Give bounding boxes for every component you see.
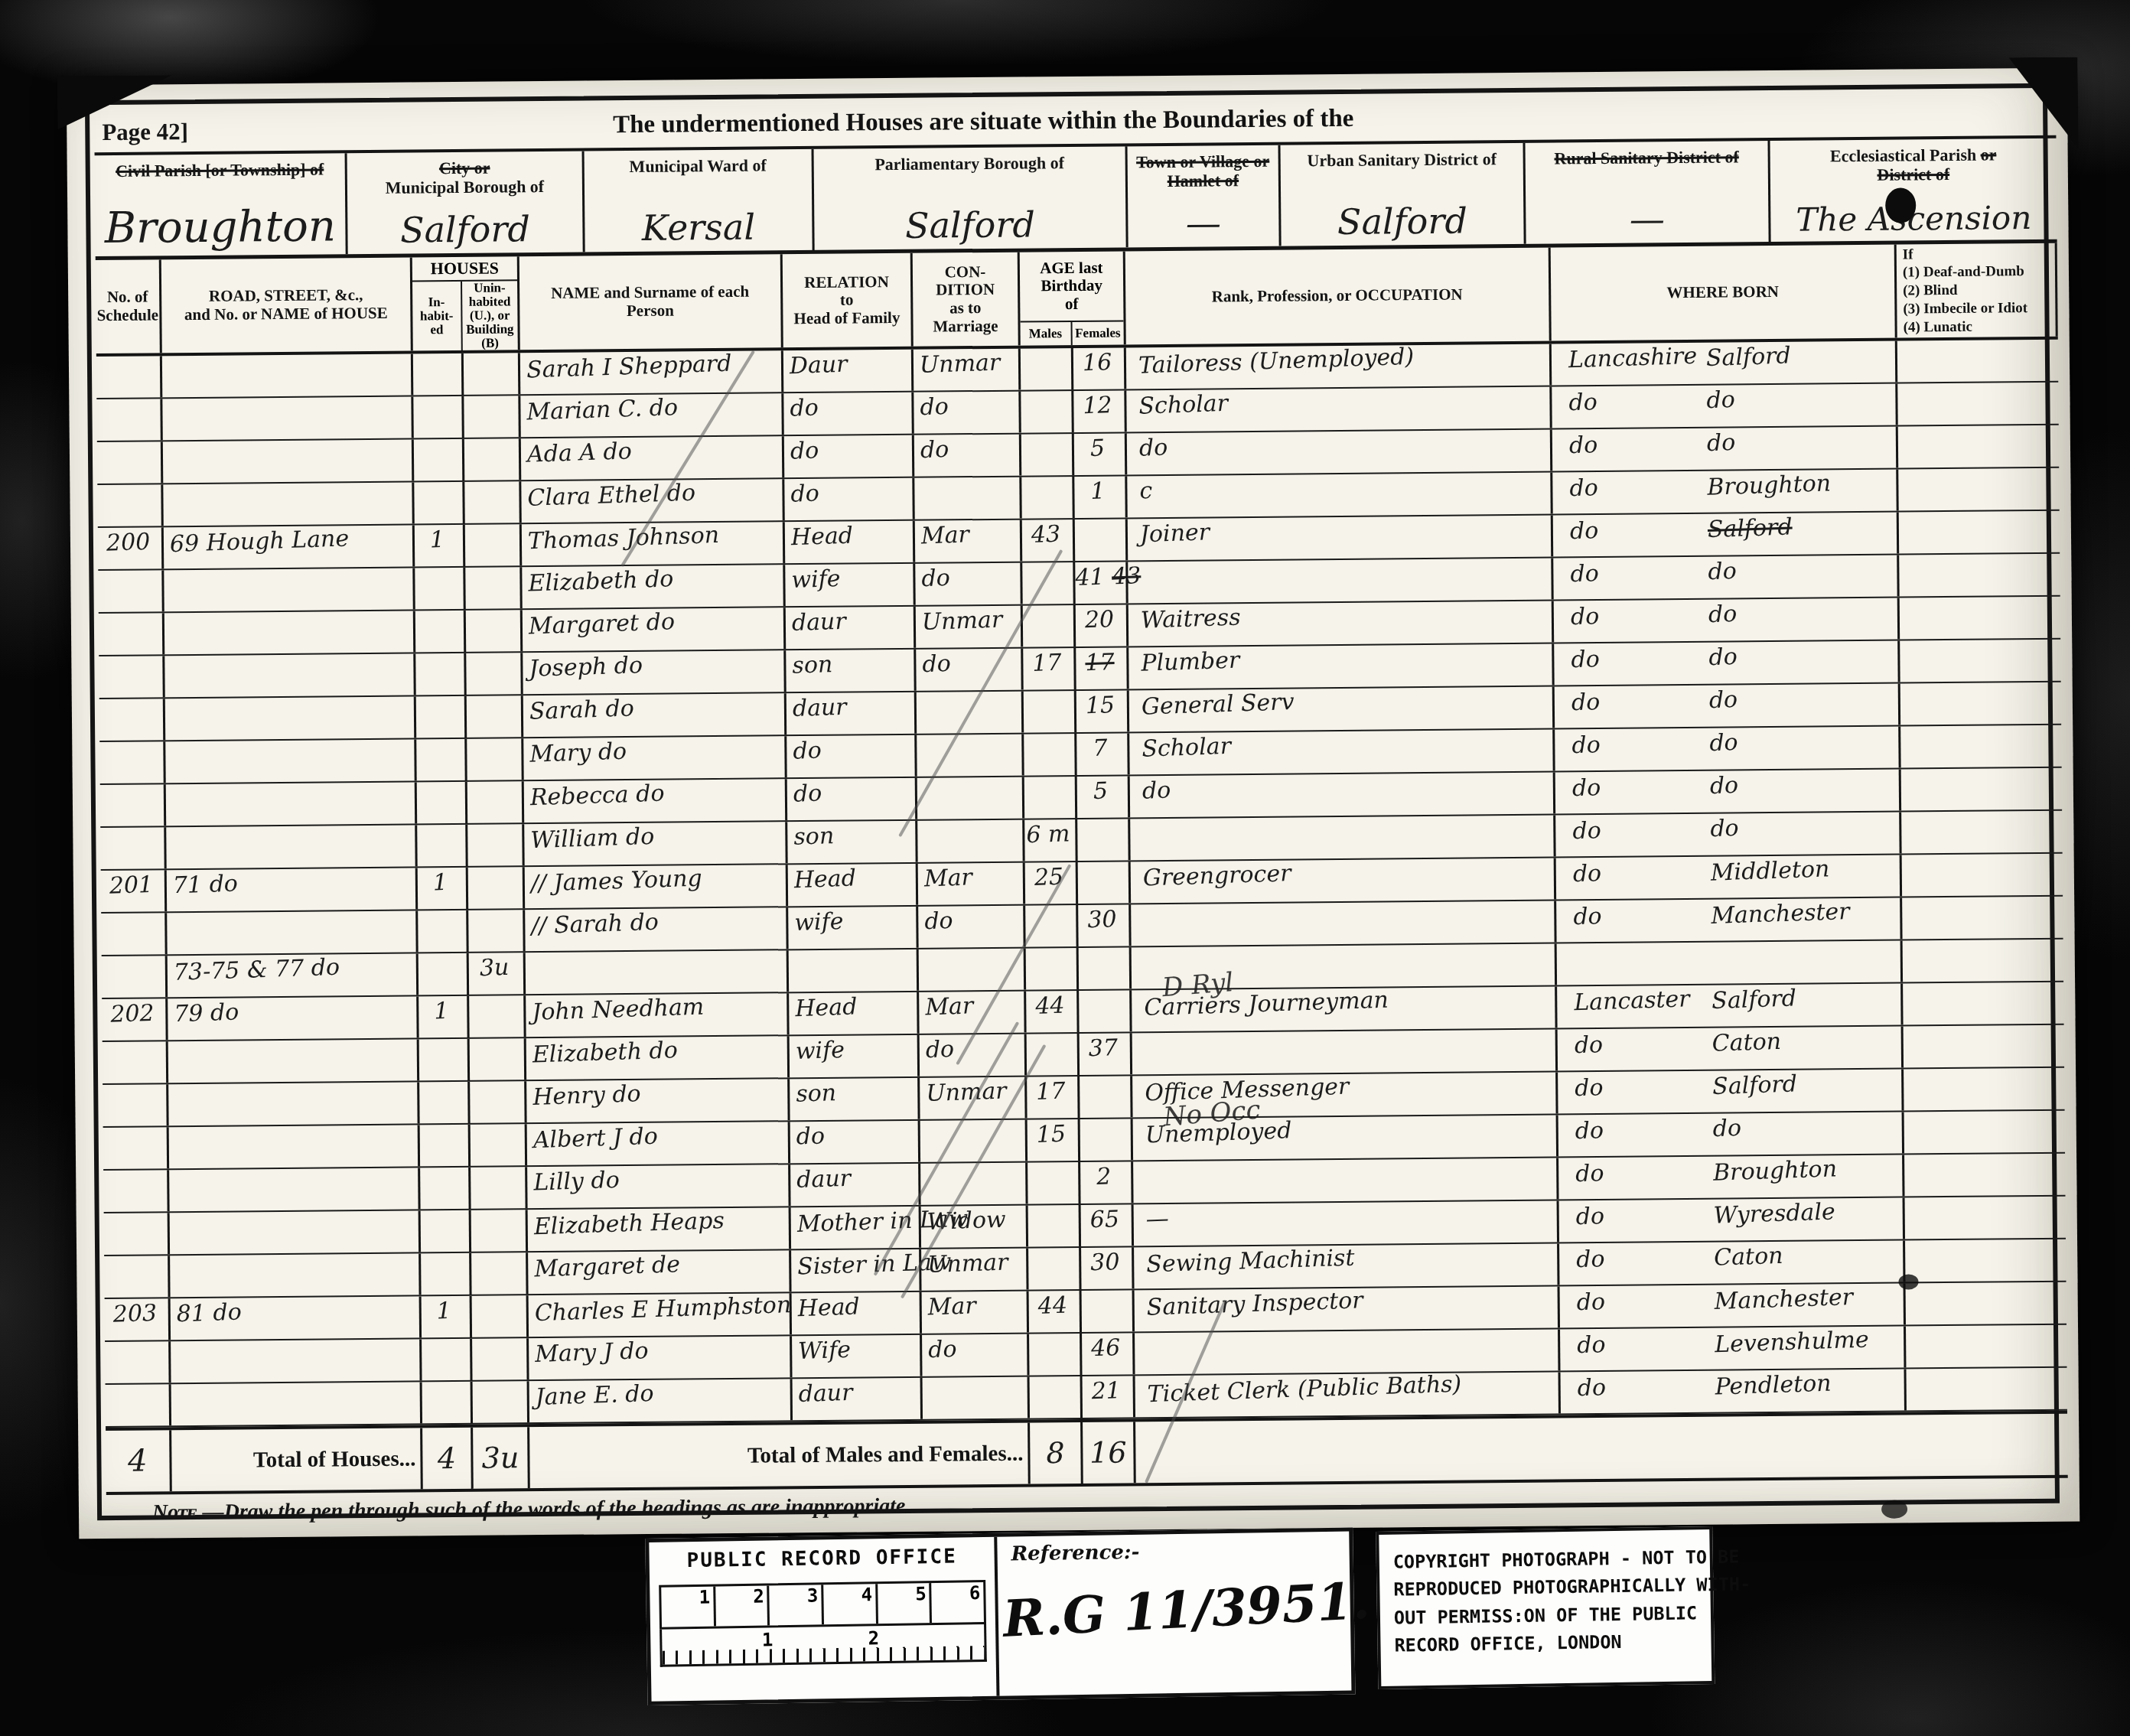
- address-cell: [171, 1382, 422, 1425]
- header-name: NAME and Surname of eachPerson: [519, 254, 783, 350]
- urban-sanitary-cell: Urban Sanitary District of Salford: [1281, 143, 1526, 246]
- condition-cell: Mar: [915, 520, 1022, 562]
- infirmity-cell: [1904, 1111, 2065, 1154]
- age-female-cell: [1079, 990, 1132, 1032]
- age-female-cell: [1080, 1119, 1133, 1161]
- civil-parish-cell: Civil Parish [or Township] of Broughton: [95, 153, 348, 256]
- total-schedules: 4: [106, 1430, 172, 1492]
- name-cell: Elizabeth do: [522, 565, 785, 608]
- rural-sanitary-value: —: [1526, 197, 1768, 241]
- condition-cell: [917, 777, 1024, 819]
- column-header-row: No. ofSchedule ROAD, STREET, &c.,and No.…: [96, 243, 2058, 357]
- schedule-cell: 202: [102, 998, 168, 1041]
- address-cell: [163, 440, 414, 484]
- birthplace-cell: [1557, 941, 1903, 985]
- reference-number: R.G 11/3951.: [1001, 1571, 1371, 1649]
- infirmity-cell: [1901, 811, 2062, 854]
- relation-cell: do: [784, 478, 914, 520]
- header-infirmity: If(1) Deaf-and-Dumb(2) Blind(3) Imbecile…: [1897, 243, 2058, 338]
- age-female-cell: [1078, 861, 1131, 904]
- infirmity-cell: [1903, 982, 2063, 1025]
- occupation-cell: Sewing Machinist: [1134, 1243, 1559, 1288]
- condition-cell: do: [918, 906, 1025, 948]
- inhabited-cell: [420, 1168, 471, 1210]
- infirmity-cell: [1899, 511, 2060, 554]
- uninhabited-cell: [471, 1210, 528, 1252]
- inhabited-cell: 1: [418, 868, 468, 910]
- address-cell: [162, 397, 413, 441]
- infirmity-cell: [1904, 1025, 2064, 1068]
- birthplace-cell: dodo: [1555, 727, 1900, 771]
- age-female-cell: 20: [1076, 604, 1129, 647]
- header-females: Females: [1072, 321, 1124, 345]
- relation-cell: son: [787, 821, 917, 863]
- occupation-cell: c: [1127, 473, 1552, 518]
- age-female-cell: [1077, 819, 1130, 861]
- condition-cell: do: [920, 1034, 1027, 1076]
- reference-label: Reference:-: [1011, 1538, 1349, 1566]
- occupation-cell: [1132, 1029, 1558, 1074]
- age-female-cell: 30: [1081, 1247, 1134, 1289]
- age-male-cell: 43: [1022, 519, 1075, 562]
- address-cell: 79 do: [168, 996, 419, 1040]
- address-cell: [170, 1210, 421, 1254]
- occupation-cell: do: [1127, 430, 1552, 475]
- name-cell: Margaret do: [523, 607, 786, 651]
- age-male-cell: [1024, 691, 1076, 733]
- occupation-cell: [1133, 1158, 1558, 1203]
- relation-cell: son: [786, 650, 916, 692]
- census-page-sheet: Page 42] The undermentioned Houses are s…: [67, 68, 2080, 1539]
- name-cell: // Sarah do: [525, 907, 788, 951]
- infirmity-cell: [1897, 340, 2058, 383]
- inhabited-cell: [414, 439, 464, 481]
- age-male-cell: [1030, 1376, 1083, 1418]
- uninhabited-cell: [471, 1124, 527, 1166]
- age-female-cell: 16: [1073, 347, 1126, 389]
- infirmity-cell: [1903, 940, 2063, 982]
- public-record-office-label: PUBLIC RECORD OFFICE: [658, 1545, 985, 1573]
- census-entries: Sarah I SheppardDaurUnmar16Tailoress (Un…: [96, 340, 2067, 1428]
- birthplace-cell: dodo: [1552, 384, 1897, 428]
- age-male-cell: 17: [1023, 648, 1076, 690]
- header-schedule: No. ofSchedule: [96, 259, 162, 353]
- header-houses: HOUSES: [412, 256, 517, 282]
- age-female-cell: 21: [1083, 1376, 1135, 1418]
- schedule-cell: [105, 1341, 171, 1383]
- age-male-cell: 25: [1025, 862, 1078, 904]
- birthplace-cell: doSalford: [1558, 1070, 1904, 1114]
- schedule-cell: [103, 1170, 169, 1212]
- birthplace-cell: LancashireSalford: [1552, 341, 1897, 386]
- age-female-cell: 46: [1082, 1333, 1135, 1375]
- inhabited-cell: [416, 696, 467, 738]
- ecclesiastical-parish-cell: Ecclesiastical Parish orDistrict of The …: [1770, 138, 2057, 242]
- relation-cell: daur: [790, 1164, 920, 1206]
- age-female-cell: 12: [1073, 390, 1126, 432]
- address-cell: [165, 739, 416, 783]
- uninhabited-cell: [464, 353, 520, 395]
- infirmity-cell: [1906, 1325, 2066, 1368]
- birthplace-cell: doBroughton: [1558, 1155, 1904, 1200]
- condition-cell: do: [916, 649, 1023, 691]
- birthplace-cell: doCaton: [1559, 1241, 1905, 1285]
- birthplace-cell: doPendleton: [1561, 1370, 1907, 1414]
- relation-cell: wife: [790, 1035, 920, 1077]
- uninhabited-cell: [470, 1038, 526, 1080]
- age-female-cell: 30: [1078, 904, 1131, 946]
- address-cell: 69 Hough Lane: [164, 525, 415, 568]
- age-female-cell: 65: [1081, 1204, 1134, 1246]
- relation-cell: daur: [786, 607, 916, 649]
- infirmity-cell: [1898, 468, 2059, 511]
- birthplace-cell: dodo: [1554, 641, 1900, 686]
- uninhabited-cell: [465, 567, 522, 609]
- age-female-cell: [1079, 947, 1132, 989]
- stamp-reference-section: Reference:- R.G 11/3951.: [997, 1532, 1351, 1696]
- relation-cell: [789, 949, 919, 992]
- relation-cell: Wife: [792, 1335, 922, 1377]
- uninhabited-cell: [467, 738, 523, 780]
- schedule-cell: [101, 913, 167, 955]
- occupation-cell: Plumber: [1129, 644, 1554, 689]
- infirmity-cell: [1900, 725, 2061, 768]
- age-male-cell: 15: [1028, 1119, 1080, 1161]
- infirmity-cell: [1906, 1282, 2066, 1325]
- age-male-cell: [1021, 477, 1074, 519]
- infirmity-cell: [1900, 597, 2060, 640]
- inhabited-cell: [421, 1210, 471, 1252]
- occupation-cell: [1128, 559, 1553, 604]
- civil-parish-value: Broughton: [95, 201, 346, 253]
- header-inhabited: In-habit-ed: [412, 282, 462, 351]
- address-cell: 71 do: [167, 868, 418, 911]
- municipal-borough-cell: City orMunicipal Borough of Salford: [347, 151, 585, 255]
- age-male-cell: [1022, 562, 1075, 604]
- address-cell: [168, 1039, 419, 1083]
- address-cell: [166, 825, 417, 868]
- location-header-row: Civil Parish [or Township] of Broughton …: [95, 138, 2057, 260]
- public-record-office-stamp: PUBLIC RECORD OFFICE 1 2 3 4 5 6 1 2 Ref…: [645, 1522, 1715, 1721]
- name-cell: John Needham: [526, 993, 789, 1037]
- condition-cell: Mar: [918, 863, 1025, 905]
- header-uninhabited: Unin-habited(U.), orBuilding(B): [462, 281, 518, 350]
- age-male-cell: [1029, 1334, 1082, 1376]
- infirmity-cell: [1900, 682, 2061, 725]
- relation-cell: daur: [793, 1378, 923, 1420]
- stamp-ruler-section: PUBLIC RECORD OFFICE 1 2 3 4 5 6 1 2: [649, 1537, 999, 1702]
- occupation-cell: [1131, 901, 1556, 946]
- header-houses-group: HOUSES In-habit-ed Unin-habited(U.), orB…: [412, 256, 520, 350]
- schedule-cell: [99, 741, 165, 783]
- name-cell: [526, 950, 789, 994]
- header-males: Males: [1021, 322, 1073, 346]
- condition-cell: [920, 1120, 1028, 1162]
- address-cell: [169, 1168, 420, 1211]
- age-male-cell: [1024, 777, 1077, 819]
- rural-sanitary-cell: Rural Sanitary District of —: [1525, 141, 1770, 244]
- condition-cell: [923, 1377, 1030, 1419]
- name-cell: Rebecca do: [524, 779, 787, 822]
- schedule-cell: [106, 1384, 171, 1426]
- name-cell: Ada A do: [521, 436, 784, 480]
- birthplace-cell: dodo: [1555, 770, 1901, 814]
- occupation-cell: Sanitary Inspector: [1135, 1286, 1560, 1331]
- header-condition: CON-DITIONas toMarriage: [913, 252, 1021, 347]
- total-males-females-label: Total of Males and Females...: [529, 1423, 1028, 1489]
- address-cell: [168, 1082, 419, 1125]
- uninhabited-cell: [472, 1295, 529, 1337]
- condition-cell: Unmar: [921, 1249, 1028, 1291]
- occupation-cell: Greengrocer: [1131, 858, 1556, 903]
- ecclesiastical-parish-value: The Ascension: [1770, 199, 2057, 239]
- age-male-cell: [1025, 905, 1078, 947]
- relation-cell: do: [787, 735, 917, 777]
- birthplace-cell: doManchester: [1556, 898, 1902, 943]
- relation-cell: do: [784, 435, 914, 477]
- age-male-cell: [1028, 1205, 1081, 1247]
- age-female-cell: [1080, 1076, 1132, 1118]
- total-inhabited: 4: [422, 1428, 474, 1490]
- schedule-cell: [100, 784, 166, 826]
- relation-cell: Mother in Law: [791, 1207, 921, 1249]
- age-female-cell: 7: [1076, 733, 1129, 775]
- age-female-cell: 2: [1080, 1161, 1133, 1203]
- municipal-borough-value: Salford: [347, 208, 582, 252]
- name-cell: Margaret de: [528, 1250, 791, 1294]
- name-cell: Charles E Humphston: [529, 1293, 792, 1337]
- occupation-cell: No OccUnemployed: [1133, 1115, 1558, 1160]
- infirmity-cell: [1902, 897, 2063, 940]
- condition-cell: do: [922, 1334, 1029, 1376]
- name-cell: Elizabeth do: [526, 1036, 790, 1080]
- name-cell: Mary do: [523, 736, 787, 780]
- inhabited-cell: [417, 825, 467, 867]
- address-cell: 81 do: [171, 1296, 422, 1340]
- relation-cell: Sister in Law: [791, 1249, 921, 1291]
- name-cell: Sarah I Sheppard: [520, 350, 783, 394]
- age-male-cell: 17: [1027, 1076, 1080, 1119]
- age-male-cell: 44: [1026, 991, 1079, 1033]
- condition-cell: Mar: [919, 992, 1026, 1034]
- header-occupation: Rank, Profession, or OCCUPATION: [1125, 248, 1552, 345]
- condition-cell: do: [915, 563, 1022, 605]
- inhabited-cell: 1: [422, 1296, 472, 1338]
- schedule-cell: [97, 441, 163, 484]
- inhabited-cell: [419, 1082, 470, 1124]
- occupation-cell: D RylCarriers Journeyman: [1132, 986, 1557, 1031]
- name-cell: // James Young: [525, 865, 788, 908]
- occupation-cell: do: [1130, 772, 1555, 817]
- address-cell: 73-75 & 77 do: [168, 953, 419, 997]
- uninhabited-cell: [464, 481, 521, 523]
- age-female-cell: 37: [1080, 1033, 1132, 1075]
- parliamentary-borough-value: Salford: [814, 203, 1125, 247]
- schedule-cell: [100, 827, 166, 869]
- age-female-cell: 17: [1076, 647, 1129, 689]
- town-village-value: —: [1128, 202, 1278, 245]
- inhabited-cell: [422, 1382, 473, 1424]
- inhabited-cell: [421, 1253, 471, 1295]
- address-cell: [169, 1125, 420, 1168]
- stamp-ruler-reference-box: PUBLIC RECORD OFFICE 1 2 3 4 5 6 1 2 Ref…: [645, 1527, 1355, 1705]
- name-cell: Lilly do: [527, 1164, 790, 1208]
- name-cell: Sarah do: [523, 693, 787, 737]
- schedule-cell: [103, 1127, 169, 1169]
- relation-cell: do: [783, 392, 914, 435]
- inhabited-cell: [416, 739, 467, 781]
- uninhabited-cell: [472, 1338, 529, 1380]
- address-cell: [167, 910, 418, 954]
- uninhabited-cell: [471, 1252, 528, 1295]
- infirmity-cell: [1905, 1197, 2066, 1239]
- inhabited-cell: [413, 396, 464, 438]
- name-cell: Elizabeth Heaps: [528, 1207, 791, 1251]
- age-female-cell: 15: [1076, 690, 1129, 732]
- condition-cell: Mar: [922, 1291, 1029, 1334]
- condition-cell: do: [914, 435, 1021, 477]
- uninhabited-cell: [464, 396, 520, 438]
- relation-cell: Head: [789, 992, 919, 1034]
- inhabited-cell: [419, 953, 469, 995]
- occupation-cell: Scholar: [1129, 730, 1555, 775]
- birthplace-cell: dodo: [1558, 1112, 1904, 1157]
- copyright-notice-box: COPYRIGHT PHOTOGRAPH - NOT TO BE REPRODU…: [1376, 1526, 1715, 1689]
- infirmity-cell: [1897, 383, 2058, 425]
- condition-cell: [917, 820, 1024, 862]
- name-cell: Henry do: [526, 1079, 790, 1122]
- age-male-cell: [1021, 391, 1073, 433]
- relation-cell: Daur: [783, 350, 914, 392]
- inhabited-cell: [419, 1039, 470, 1081]
- uninhabited-cell: [468, 867, 525, 909]
- infirmity-cell: [1904, 1068, 2064, 1111]
- relation-cell: do: [787, 778, 917, 820]
- uninhabited-cell: [467, 781, 524, 823]
- condition-cell: [920, 1163, 1028, 1205]
- header-relation: RELATIONtoHead of Family: [783, 253, 914, 347]
- uninhabited-cell: [469, 995, 526, 1037]
- schedule-cell: [97, 484, 163, 526]
- occupation-cell: —: [1134, 1200, 1559, 1246]
- inhabited-cell: [415, 568, 465, 610]
- address-cell: [166, 782, 417, 826]
- birthplace-cell: doLevenshulme: [1560, 1327, 1906, 1371]
- age-female-cell: 1: [1074, 476, 1127, 518]
- uninhabited-cell: [467, 824, 524, 866]
- town-village-cell: Town or Village orHamlet of —: [1128, 145, 1282, 248]
- inhabited-cell: [417, 782, 467, 824]
- address-cell: [164, 611, 415, 654]
- infirmity-cell: [1904, 1154, 2065, 1197]
- occupation-cell: Joiner: [1128, 516, 1553, 561]
- age-female-cell: 5: [1077, 776, 1130, 818]
- infirmity-cell: [1906, 1368, 2066, 1411]
- condition-cell: [917, 692, 1024, 734]
- address-cell: [162, 354, 413, 398]
- condition-cell: [914, 477, 1021, 519]
- header-age-group: AGE lastBirthdayof Males Females: [1020, 251, 1126, 345]
- birthplace-cell: dodo: [1554, 598, 1900, 643]
- header-road: ROAD, STREET, &c.,and No. or NAME of HOU…: [161, 258, 413, 353]
- age-male-cell: [1028, 1248, 1081, 1290]
- inhabited-cell: 1: [419, 996, 469, 1038]
- occupation-cell: Tailoress (Unemployed): [1126, 344, 1552, 389]
- age-male-cell: [1021, 434, 1074, 476]
- uninhabited-cell: [470, 1081, 526, 1123]
- infirmity-cell: [1901, 768, 2062, 811]
- schedule-cell: [98, 570, 164, 612]
- schedule-cell: 200: [98, 527, 164, 569]
- address-cell: [170, 1253, 421, 1297]
- infirmity-cell: [1900, 640, 2060, 682]
- header-age: AGE lastBirthdayof: [1020, 251, 1124, 321]
- relation-cell: do: [790, 1121, 920, 1163]
- age-female-cell: 41 43: [1075, 562, 1128, 604]
- name-cell: Jane E. do: [529, 1379, 793, 1422]
- total-uninhabited: 3u: [473, 1427, 530, 1489]
- parliamentary-borough-cell: Parliamentary Borough of Salford: [814, 146, 1129, 250]
- relation-cell: son: [790, 1078, 920, 1120]
- birthplace-cell: doMiddleton: [1556, 855, 1902, 900]
- schedule-cell: [103, 1084, 168, 1126]
- age-female-cell: 5: [1074, 433, 1127, 475]
- inhabited-cell: [415, 653, 466, 695]
- name-cell: William do: [524, 822, 787, 865]
- inhabited-cell: [413, 353, 464, 396]
- occupation-cell: [1130, 815, 1555, 860]
- infirmity-cell: [1898, 425, 2059, 468]
- inhabited-cell: [422, 1339, 472, 1381]
- condition-cell: do: [914, 392, 1021, 434]
- name-cell: Thomas Johnson: [522, 522, 785, 565]
- name-cell: Albert J do: [527, 1122, 790, 1165]
- uninhabited-cell: [465, 524, 522, 566]
- occupation-cell: Scholar: [1126, 387, 1552, 432]
- address-cell: [163, 482, 414, 526]
- uninhabited-cell: [466, 610, 523, 652]
- age-male-cell: [1024, 734, 1076, 776]
- municipal-ward-value: Kersal: [585, 206, 812, 249]
- urban-sanitary-value: Salford: [1281, 200, 1523, 243]
- relation-cell: Head: [792, 1292, 922, 1334]
- address-cell: [164, 568, 415, 611]
- name-cell: Clara Ethel do: [521, 479, 784, 523]
- schedule-cell: [104, 1213, 170, 1255]
- infirmity-cell: [1899, 554, 2060, 597]
- ruler-scale: 1 2 3 4 5 6: [659, 1580, 986, 1630]
- uninhabited-cell: [466, 653, 523, 695]
- birthplace-cell: dodo: [1555, 684, 1900, 728]
- schedule-cell: [103, 1041, 168, 1083]
- relation-cell: Head: [788, 864, 918, 906]
- condition-cell: [917, 734, 1024, 777]
- page-border-frame: Page 42] The undermentioned Houses are s…: [85, 83, 2060, 1520]
- condition-cell: [919, 949, 1026, 991]
- name-cell: Mary J do: [529, 1336, 792, 1379]
- age-female-cell: [1082, 1290, 1135, 1332]
- relation-cell: daur: [787, 692, 917, 734]
- uninhabited-cell: [471, 1167, 527, 1209]
- condition-cell: Widow: [921, 1206, 1028, 1248]
- condition-cell: Unmar: [920, 1077, 1027, 1119]
- ruler-fine-scale: 1 2: [660, 1624, 987, 1667]
- schedule-cell: [99, 656, 164, 698]
- infirmity-cell: [1905, 1239, 2066, 1282]
- schedule-cell: [104, 1256, 170, 1298]
- schedule-cell: [102, 956, 168, 998]
- condition-cell: Unmar: [916, 606, 1023, 648]
